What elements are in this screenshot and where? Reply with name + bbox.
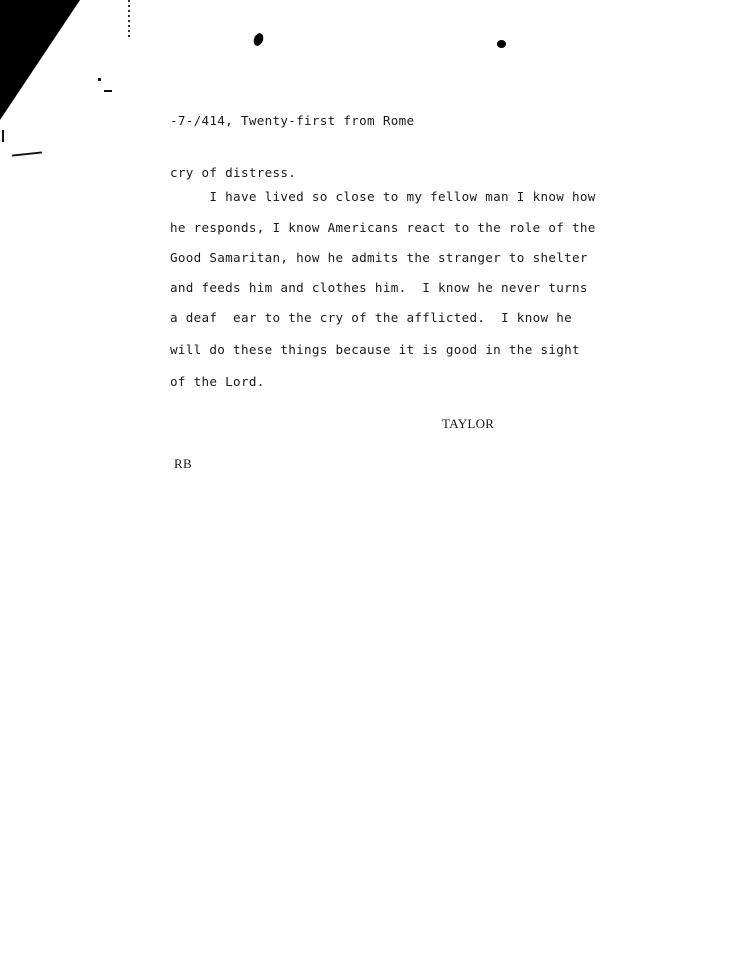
- scan-speck: [12, 151, 42, 156]
- document-header: -7-/414, Twenty-first from Rome: [170, 113, 414, 128]
- body-line: of the Lord.: [170, 374, 265, 389]
- body-line: I have lived so close to my fellow man I…: [170, 189, 596, 204]
- document-page: -7-/414, Twenty-first from Rome cry of d…: [0, 0, 750, 972]
- hole-punch-mark: [497, 40, 506, 48]
- body-line: a deaf ear to the cry of the afflicted. …: [170, 310, 572, 325]
- scan-corner-shadow: [0, 0, 80, 120]
- body-line: and feeds him and clothes him. I know he…: [170, 280, 588, 295]
- typist-initials: RB: [174, 456, 192, 472]
- hole-punch-mark: [252, 32, 265, 47]
- body-line: will do these things because it is good …: [170, 342, 580, 357]
- signature: TAYLOR: [442, 416, 494, 432]
- body-line: Good Samaritan, how he admits the strang…: [170, 250, 588, 265]
- scan-artifact-line: [128, 0, 130, 40]
- scan-speck: [104, 90, 112, 92]
- body-line: cry of distress.: [170, 165, 296, 180]
- body-line: he responds, I know Americans react to t…: [170, 220, 596, 235]
- scan-speck: [2, 130, 4, 142]
- scan-speck: [98, 78, 101, 81]
